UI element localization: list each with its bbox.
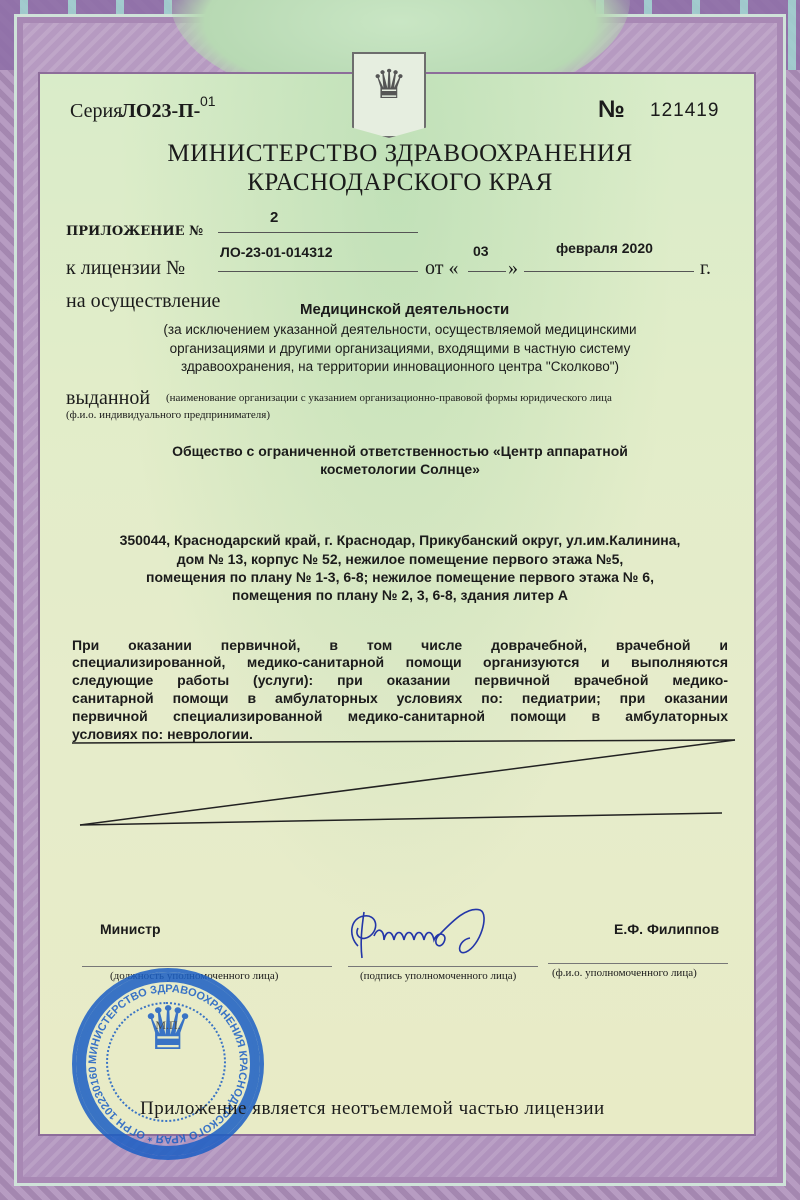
name-underline	[548, 963, 728, 964]
name-hint: (ф.и.о. уполномоченного лица)	[552, 967, 697, 979]
signatory-position: Министр	[100, 921, 161, 937]
handwritten-signature	[340, 906, 520, 966]
signature-underline	[348, 966, 538, 967]
footer-note: Приложение является неотъемлемой частью …	[140, 1098, 605, 1120]
signatory-name: Е.Ф. Филиппов	[614, 921, 719, 937]
seal-mp-label: М.П.	[76, 1018, 260, 1033]
position-underline	[82, 966, 332, 967]
signature-hint: (подпись уполномоченного лица)	[360, 970, 516, 982]
official-seal-stamp: МИНИСТЕРСТВО ЗДРАВООХРАНЕНИЯ КРАСНОДАРСК…	[72, 968, 264, 1160]
